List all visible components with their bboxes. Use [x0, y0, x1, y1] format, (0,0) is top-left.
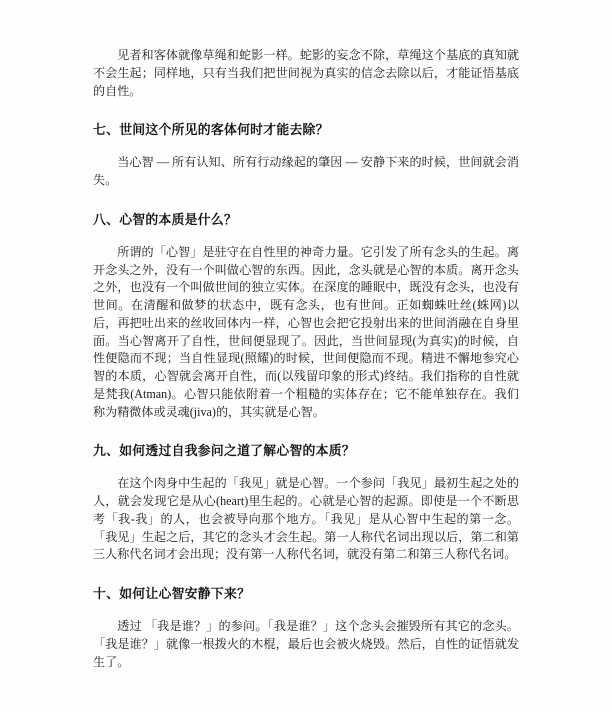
- paragraph-answer-q10: 透过 「我是谁？」的参问。「我是谁？」这个念头会摧毁所有其它的念头。「我是谁？」…: [93, 618, 519, 671]
- section-heading-q8: 八、心智的本质是什么？: [93, 211, 519, 229]
- paragraph-answer-q6: 见者和客体就像草绳和蛇影一样。蛇影的妄念不除，草绳这个基底的真知就不会生起；同样…: [93, 47, 519, 100]
- document-page: 见者和客体就像草绳和蛇影一样。蛇影的妄念不除，草绳这个基底的真知就不会生起；同样…: [0, 0, 612, 712]
- section-heading-q7: 七、世间这个所见的客体何时才能去除？: [93, 121, 519, 139]
- section-heading-q10: 十、如何让心智安静下来？: [93, 585, 519, 603]
- paragraph-answer-q8: 所谓的「心智」是驻守在自性里的神奇力量。它引发了所有念头的生起。离开念头之外，没…: [93, 244, 519, 422]
- paragraph-answer-q9: 在这个肉身中生起的「我见」就是心智。一个参问「我见」最初生起之处的人，就会发现它…: [93, 475, 519, 564]
- section-heading-q9: 九、如何透过自我参问之道了解心智的本质？: [93, 442, 519, 460]
- paragraph-answer-q7: 当心智 — 所有认知、所有行动缘起的肇因 — 安静下来的时候，世间就会消失。: [93, 154, 519, 190]
